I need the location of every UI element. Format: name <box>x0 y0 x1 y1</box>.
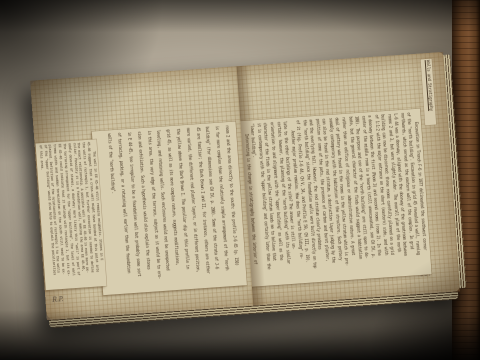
typed-sheet-final-paragraph: The wall in EE 45-46 still remains enigm… <box>36 139 107 290</box>
notebook-page-left: room 2 and the area directly to the sout… <box>30 66 253 320</box>
notebook-page-right: Walls and Stratigraphy 987 Excavation in… <box>237 52 460 306</box>
page-title: Walls and Stratigraphy <box>421 59 437 126</box>
notebook: Walls and Stratigraphy 987 Excavation in… <box>30 52 460 320</box>
photo-frame: Walls and Stratigraphy 987 Excavation in… <box>0 0 480 360</box>
notebook-rotated-content: Walls and Stratigraphy 987 Excavation in… <box>30 52 460 320</box>
initials-annotation: R.P. <box>46 286 72 314</box>
typed-sheet-continuation: room 2 and the area directly to the sout… <box>92 122 247 296</box>
typed-sheet-main: Excavation in Trench F-6 in 1977 delinea… <box>238 109 431 287</box>
initials-text: R.P. <box>53 296 65 304</box>
